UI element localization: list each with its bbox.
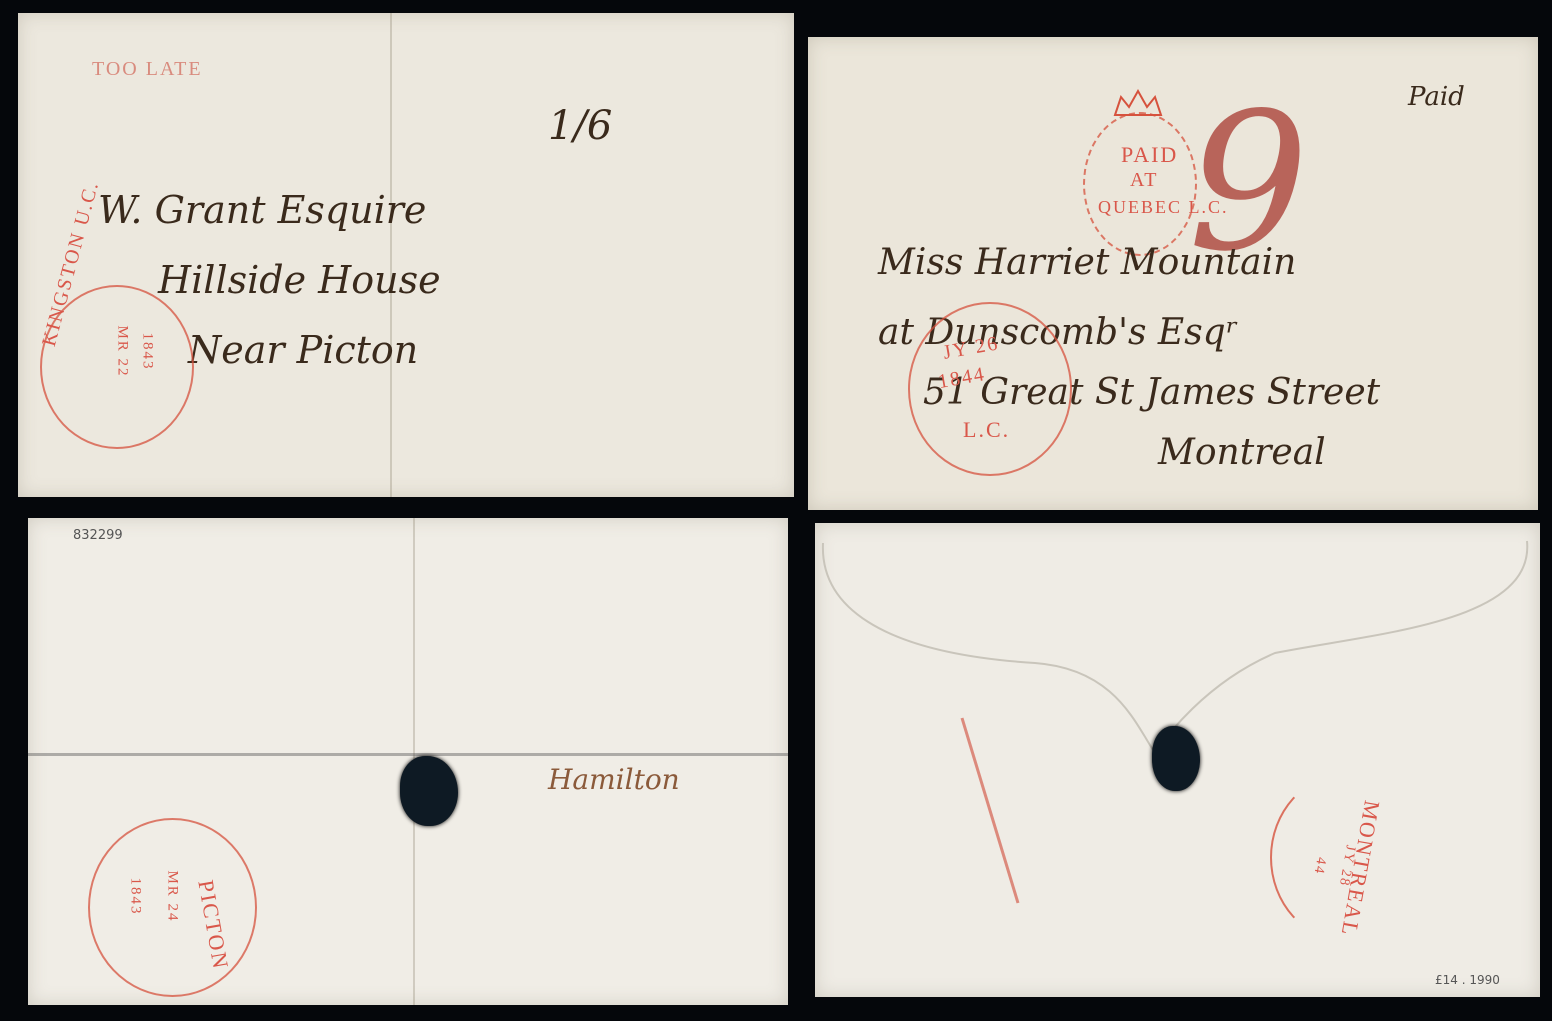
fold-flap-edge (28, 753, 788, 756)
postmark-region: L.C. (963, 417, 1010, 443)
postmark-year: 44 (1310, 856, 1329, 877)
rate-marking: 1/6 (548, 103, 612, 149)
fold-line (390, 13, 392, 497)
pencil-note: £14 . 1990 (1435, 973, 1500, 987)
address-line-1: Miss Harriet Mountain (878, 242, 1296, 283)
crown-stamp-line-2: AT (1130, 169, 1158, 192)
crown-stamp-line-1: PAID (1121, 142, 1178, 168)
postmark-date: MR 22 (114, 325, 131, 377)
paid-marking: Paid (1408, 82, 1465, 112)
dated-postmark (908, 302, 1072, 476)
postmark-year: 1843 (139, 333, 156, 371)
postmark-date: MR 24 (164, 870, 181, 922)
crown-icon (1113, 89, 1163, 119)
postmark-year: 1843 (127, 878, 144, 916)
cover-kingston-front: TOO LATE 1/6 W. Grant Esquire Hillside H… (18, 13, 794, 497)
transit-note: Hamilton (548, 763, 680, 796)
cover-quebec-front: Paid 9 PAID AT QUEBEC L.C. Miss Harriet … (808, 37, 1538, 510)
address-line-2: Hillside House (158, 258, 441, 302)
cover-picton-back: 832299 Hamilton PICTON MR 24 1843 (28, 518, 788, 1005)
cover-montreal-back: MONTREAL JY 28 44 £14 . 1990 (815, 523, 1540, 997)
address-line-1: W. Grant Esquire (98, 188, 426, 232)
address-line-4: Montreal (1158, 432, 1326, 473)
crown-stamp-line-3: QUEBEC L.C. (1098, 197, 1229, 218)
wax-seal (400, 756, 458, 826)
too-late-handstamp: TOO LATE (92, 58, 203, 81)
inventory-number: 832299 (73, 528, 123, 543)
wax-seal (1152, 726, 1200, 791)
address-line-3: Near Picton (188, 328, 418, 372)
